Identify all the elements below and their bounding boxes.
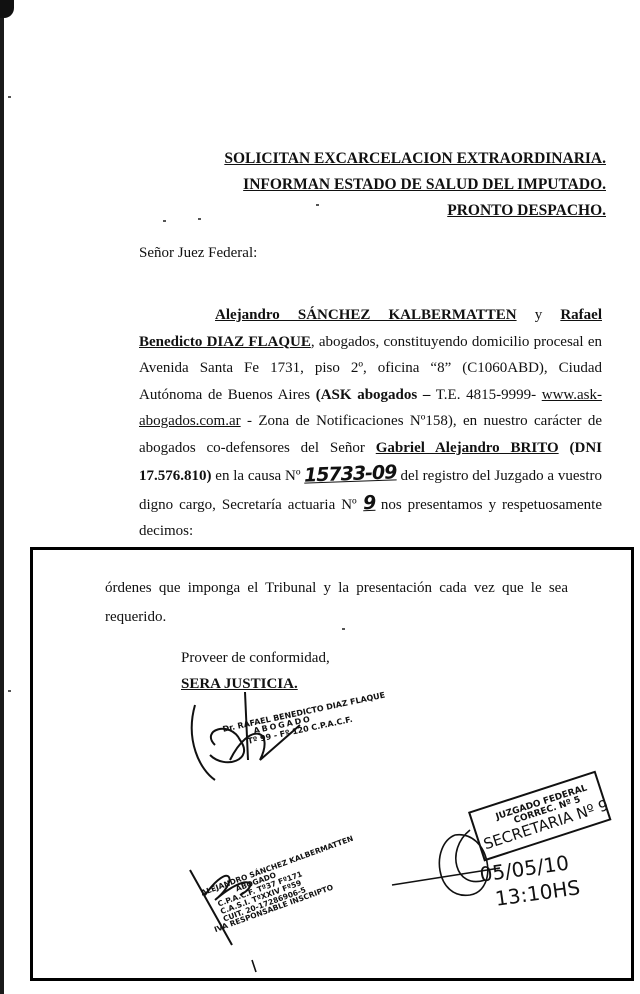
phone: T.E. 4815-9999- xyxy=(430,387,541,403)
firm-name: (ASK abogados – xyxy=(316,387,431,403)
scan-corner-blot xyxy=(0,0,14,18)
salutation: Señor Juez Federal: xyxy=(139,245,257,262)
handwritten-case-number: 15733-09 xyxy=(304,459,397,489)
lawyer-1-name: Alejandro SÁNCHEZ KALBERMATTEN xyxy=(215,307,517,323)
closing-sera-justicia: SERA JUSTICIA. xyxy=(181,671,330,697)
heading-estado-salud: INFORMAN ESTADO DE SALUD DEL IMPUTADO. xyxy=(224,172,606,198)
document-headings: SOLICITAN EXCARCELACION EXTRAORDINARIA. … xyxy=(224,146,606,224)
scan-speck xyxy=(8,96,11,98)
excerpt-text: órdenes que imponga el Tribunal y la pre… xyxy=(105,574,568,632)
scan-speck xyxy=(198,218,201,220)
body-paragraph: Alejandro SÁNCHEZ KALBERMATTEN y Rafael … xyxy=(139,302,602,545)
heading-pronto-despacho: PRONTO DESPACHO. xyxy=(224,198,606,224)
handwritten-secretaria-number: 9 xyxy=(362,489,375,516)
scan-left-edge xyxy=(0,0,4,994)
closing-block: Proveer de conformidad, SERA JUSTICIA. xyxy=(181,645,330,697)
heading-excarcelacion: SOLICITAN EXCARCELACION EXTRAORDINARIA. xyxy=(224,146,606,172)
closing-proveer: Proveer de conformidad, xyxy=(181,645,330,671)
scan-speck xyxy=(8,690,11,692)
defendant-name: Gabriel Alejandro BRITO xyxy=(376,440,559,456)
scan-speck xyxy=(163,220,166,222)
